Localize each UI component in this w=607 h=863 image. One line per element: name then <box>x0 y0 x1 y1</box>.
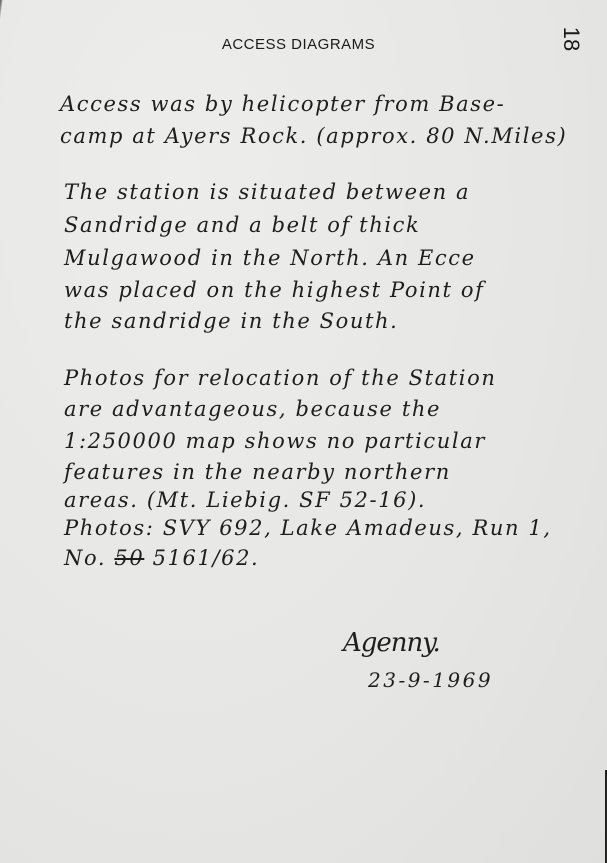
photo-number-prefix: No. <box>64 546 114 570</box>
signature: Agenny. <box>343 628 440 658</box>
handwritten-line: the sandridge in the South. <box>64 311 398 332</box>
page-header: ACCESS DIAGRAMS <box>0 36 607 53</box>
document-page: ACCESS DIAGRAMS 18 Access was by helicop… <box>0 0 607 863</box>
signature-date: 23-9-1969 <box>368 668 493 692</box>
handwritten-line: camp at Ayers Rock. (approx. 80 N.Miles) <box>60 126 567 147</box>
struck-text: 50 <box>114 546 144 570</box>
photo-number: 5161/62. <box>144 546 259 570</box>
header-title: ACCESS DIAGRAMS <box>222 36 375 53</box>
handwritten-line: 1:250000 map shows no particular <box>64 431 486 452</box>
handwritten-line: No. 50 5161/62. <box>64 548 259 569</box>
handwritten-line: Photos: SVY 692, Lake Amadeus, Run 1, <box>64 518 552 539</box>
page-edge-mark <box>0 0 3 28</box>
handwritten-line: Mulgawood in the North. An Ecce <box>64 248 476 269</box>
page-number: 18 <box>558 24 584 54</box>
handwritten-line: Photos for relocation of the Station <box>64 368 497 389</box>
handwritten-line: features in the nearby northern <box>64 462 451 483</box>
handwritten-line: The station is situated between a <box>64 182 470 203</box>
handwritten-line: areas. (Mt. Liebig. SF 52-16). <box>64 490 426 511</box>
handwritten-line: are advantageous, because the <box>64 399 441 420</box>
handwritten-line: Access was by helicopter from Base- <box>60 94 505 115</box>
handwritten-line: Sandridge and a belt of thick <box>64 215 420 236</box>
handwritten-line: was placed on the highest Point of <box>64 280 484 301</box>
